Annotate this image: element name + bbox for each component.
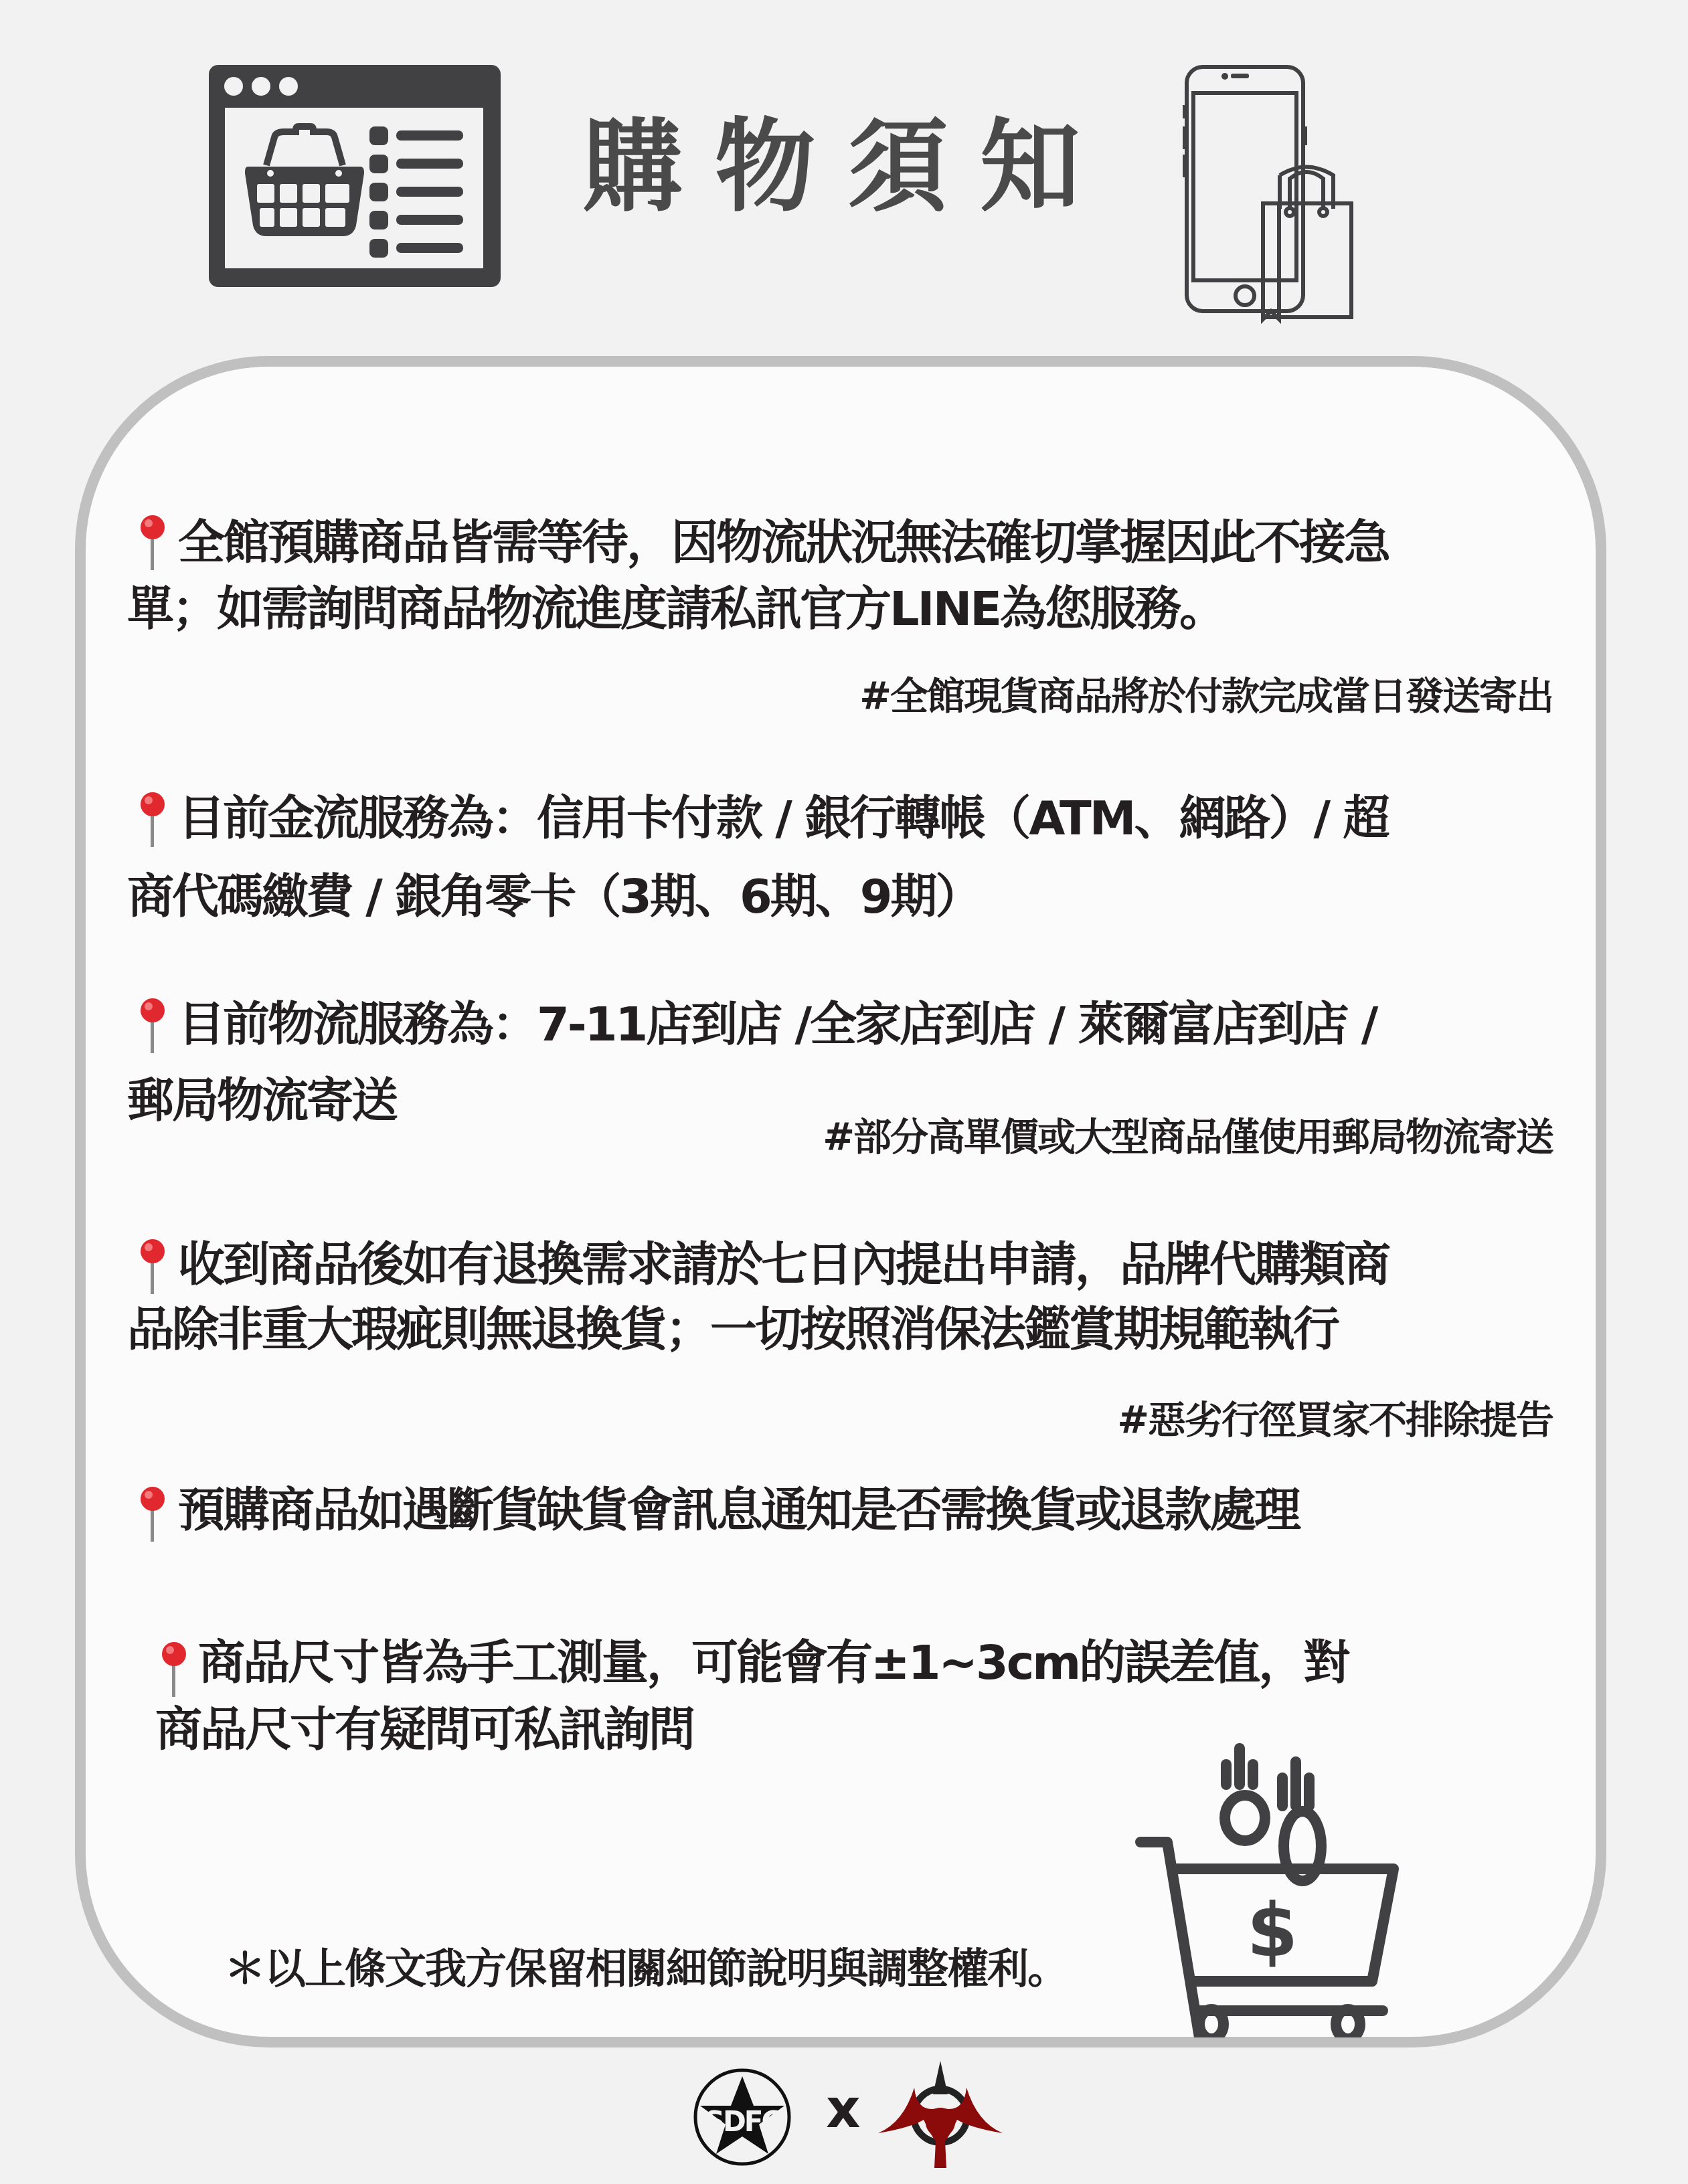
pushpin-icon	[139, 514, 166, 574]
notice-1-tag: #全館現貨商品將於付款完成當日發送寄出	[859, 678, 1553, 716]
pushpin-icon	[139, 997, 166, 1057]
notice-5-line-1: 預購商品如遇斷貨缺貨會訊息通知是否需換貨或退款處理	[178, 1487, 1299, 1534]
notice-3-line-2: 郵局物流寄送	[127, 1077, 396, 1124]
brand-separator: x	[826, 2082, 861, 2136]
notice-4-line-2: 品除非重大瑕疵則無退換貨；一切按照消保法鑑賞期規範執行	[127, 1306, 1338, 1353]
sdfc-logo: SDFC	[692, 2067, 792, 2167]
pushpin-icon	[161, 1641, 187, 1701]
pushpin-icon	[139, 1238, 166, 1298]
notice-3-line-1: 目前物流服務為：7-11店到店 /全家店到店 / 萊爾富店到店 /	[178, 1001, 1376, 1048]
notice-2-line-2: 商代碼繳費 / 銀角零卡（3期、6期、9期）	[127, 873, 980, 920]
notice-1-line-2: 單；如需詢問商品物流進度請私訊官方LINE為您服務。	[127, 585, 1224, 632]
notice-6-line-1: 商品尺寸皆為手工測量，可能會有±1~3cm的誤差值，對	[198, 1639, 1348, 1686]
svg-text:SDFC: SDFC	[705, 2105, 781, 2138]
red-emblem-logo	[877, 2061, 1004, 2171]
page-title: 購物須知	[582, 117, 1112, 217]
disclaimer-note: ＊以上條文我方保留相關細節說明與調整權利。	[224, 1948, 1068, 1990]
notice-2-line-1: 目前金流服務為：信用卡付款 / 銀行轉帳（ATM、網路）/ 超	[178, 795, 1387, 842]
pushpin-icon	[139, 1485, 166, 1546]
notice-1-line-1: 全館預購商品皆需等待，因物流狀況無法確切掌握因此不接急	[178, 519, 1389, 566]
pushpin-icon	[139, 791, 166, 851]
notice-4-tag: #惡劣行徑買家不排除提告	[1117, 1402, 1553, 1440]
notice-4-line-1: 收到商品後如有退換需求請於七日內提出申請，品牌代購類商	[178, 1241, 1389, 1288]
phone-shopping-bag-icon	[1183, 65, 1357, 326]
svg-text:$: $	[1247, 1888, 1298, 1973]
notice-6-line-2: 商品尺寸有疑問可私訊詢問	[155, 1706, 693, 1753]
browser-basket-list-icon	[209, 65, 501, 287]
notice-3-tag: #部分高單價或大型商品僅使用郵局物流寄送	[823, 1119, 1553, 1157]
shopping-cart-dollar-icon: $	[1135, 1736, 1403, 2037]
